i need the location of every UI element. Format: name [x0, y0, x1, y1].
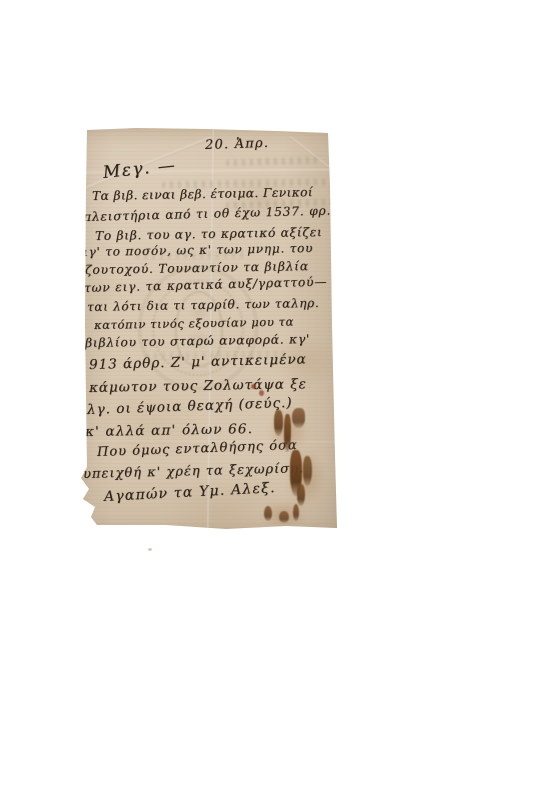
handwriting-line: ται λότι δια τι ταρρίθ. των ταληρ.: [87, 296, 320, 314]
handwriting-line: κάμωτον τους Ζολωτάψα ξε: [89, 376, 307, 396]
scan-background: 20. Ἀπρ.Μεγ. —Τα βιβ. ειναι βεβ. έτοιμα.…: [0, 0, 549, 800]
handwriting-text: 20. Ἀπρ.Μεγ. —Τα βιβ. ειναι βεβ. έτοιμα.…: [76, 126, 342, 532]
handwriting-line: κατόπιν τινός εξουσίαν μου τα: [94, 315, 294, 332]
handwriting-line: 20. Ἀπρ.: [205, 136, 270, 153]
handwriting-line: Το βιβ. του αγ. το κρατικό αξίζει: [95, 225, 323, 243]
handwriting-line: κ' αλλά απ' όλων 66.: [85, 421, 253, 440]
handwriting-line: ιγ' το ποσόν, ως κ' των μνημ. του: [83, 241, 313, 259]
handwriting-line: Τα βιβ. ειναι βεβ. έτοιμα. Γενικοί: [92, 185, 313, 203]
handwriting-line: των ειγ. τα κρατικά αυξ/γραττού—: [84, 275, 328, 295]
handwriting-line: Αγαπών τα Υμ. Αλεξ.: [104, 480, 276, 505]
handwriting-line: λγ. οι έψοια θεαχή (σεύς.): [87, 395, 293, 418]
handwriting-line: πλειστήρια από τι οθ έχω 1537. φρ.: [83, 204, 331, 224]
handwriting-line: υπειχθή κ' χρέη τα ξεχωρίση.: [83, 461, 304, 482]
handwriting-line: Μεγ. —: [102, 155, 177, 183]
scan-speck: [148, 548, 152, 551]
letter-paper: 20. Ἀπρ.Μεγ. —Τα βιβ. ειναι βεβ. έτοιμα.…: [76, 126, 342, 532]
handwriting-line: Που όμως ενταλθήσης όσα: [97, 438, 298, 460]
handwriting-line: ζουτοχού. Τουναντίον τα βιβλία: [85, 259, 309, 277]
handwriting-line: 913 άρθρ. Ζ' μ' αντικειμένα: [89, 351, 307, 373]
handwriting-line: βιβλίου του σταρώ αναφορά. κγ': [85, 332, 310, 350]
